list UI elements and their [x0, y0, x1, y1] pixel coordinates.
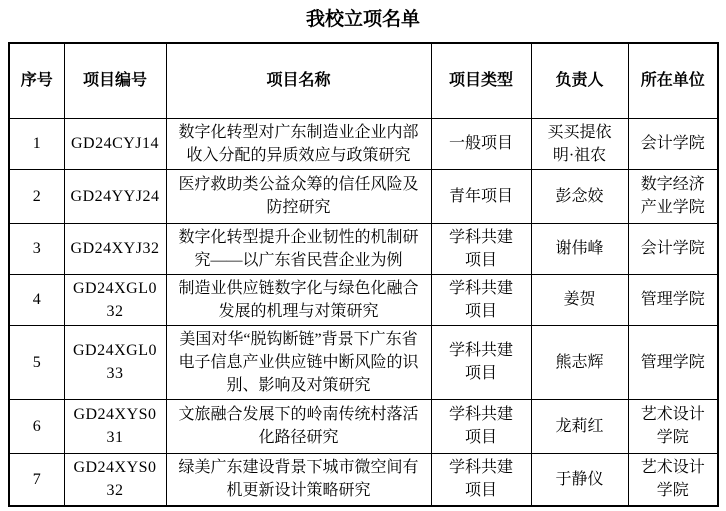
project-type-cell: 学科共建项目 [431, 453, 531, 506]
project-code-cell: GD24XYS032 [64, 453, 166, 506]
project-code-cell: GD24CYJ14 [64, 118, 166, 169]
table-row: 7 GD24XYS032 绿美广东建设背景下城市微空间有机更新设计策略研究 学科… [9, 453, 718, 506]
leader-cell: 姜贺 [531, 274, 628, 325]
index-cell: 7 [9, 453, 64, 506]
index-cell: 6 [9, 399, 64, 453]
leader-cell: 于静仪 [531, 453, 628, 506]
table-row: 5 GD24XGL033 美国对华“脱钩断链”背景下广东省电子信息产业供应链中断… [9, 325, 718, 399]
unit-cell: 艺术设计学院 [628, 453, 718, 506]
project-name-cell: 绿美广东建设背景下城市微空间有机更新设计策略研究 [166, 453, 431, 506]
table-row: 2 GD24YYJ24 医疗救助类公益众筹的信任风险及防控研究 青年项目 彭念姣… [9, 169, 718, 223]
index-cell: 4 [9, 274, 64, 325]
project-type-cell: 学科共建项目 [431, 223, 531, 274]
header-project-code: 项目编号 [64, 43, 166, 118]
table-header-row: 序号 项目编号 项目名称 项目类型 负责人 所在单位 [9, 43, 718, 118]
project-code-cell: GD24XYJ32 [64, 223, 166, 274]
leader-cell: 买买提依明·祖农 [531, 118, 628, 169]
header-leader: 负责人 [531, 43, 628, 118]
unit-cell: 管理学院 [628, 274, 718, 325]
table-row: 4 GD24XGL032 制造业供应链数字化与绿色化融合发展的机理与对策研究 学… [9, 274, 718, 325]
index-cell: 2 [9, 169, 64, 223]
project-type-cell: 学科共建项目 [431, 325, 531, 399]
project-approval-table: 序号 项目编号 项目名称 项目类型 负责人 所在单位 1 GD24CYJ14 数… [8, 42, 719, 507]
table-row: 6 GD24XYS031 文旅融合发展下的岭南传统村落活化路径研究 学科共建项目… [9, 399, 718, 453]
project-type-cell: 一般项目 [431, 118, 531, 169]
project-name-cell: 数字化转型提升企业韧性的机制研究——以广东省民营企业为例 [166, 223, 431, 274]
header-project-type: 项目类型 [431, 43, 531, 118]
index-cell: 3 [9, 223, 64, 274]
page-title: 我校立项名单 [0, 0, 726, 33]
project-type-cell: 学科共建项目 [431, 399, 531, 453]
project-name-cell: 美国对华“脱钩断链”背景下广东省电子信息产业供应链中断风险的识别、影响及对策研究 [166, 325, 431, 399]
index-cell: 5 [9, 325, 64, 399]
header-project-name: 项目名称 [166, 43, 431, 118]
project-code-cell: GD24XGL033 [64, 325, 166, 399]
project-name-cell: 数字化转型对广东制造业企业内部收入分配的异质效应与政策研究 [166, 118, 431, 169]
project-name-cell: 文旅融合发展下的岭南传统村落活化路径研究 [166, 399, 431, 453]
unit-cell: 数字经济产业学院 [628, 169, 718, 223]
project-type-cell: 学科共建项目 [431, 274, 531, 325]
project-name-cell: 医疗救助类公益众筹的信任风险及防控研究 [166, 169, 431, 223]
header-index: 序号 [9, 43, 64, 118]
leader-cell: 彭念姣 [531, 169, 628, 223]
header-unit: 所在单位 [628, 43, 718, 118]
table-row: 1 GD24CYJ14 数字化转型对广东制造业企业内部收入分配的异质效应与政策研… [9, 118, 718, 169]
leader-cell: 谢伟峰 [531, 223, 628, 274]
project-code-cell: GD24XYS031 [64, 399, 166, 453]
project-code-cell: GD24YYJ24 [64, 169, 166, 223]
index-cell: 1 [9, 118, 64, 169]
unit-cell: 艺术设计学院 [628, 399, 718, 453]
table-row: 3 GD24XYJ32 数字化转型提升企业韧性的机制研究——以广东省民营企业为例… [9, 223, 718, 274]
unit-cell: 会计学院 [628, 118, 718, 169]
unit-cell: 管理学院 [628, 325, 718, 399]
leader-cell: 熊志辉 [531, 325, 628, 399]
project-name-cell: 制造业供应链数字化与绿色化融合发展的机理与对策研究 [166, 274, 431, 325]
leader-cell: 龙莉红 [531, 399, 628, 453]
unit-cell: 会计学院 [628, 223, 718, 274]
project-code-cell: GD24XGL032 [64, 274, 166, 325]
project-type-cell: 青年项目 [431, 169, 531, 223]
